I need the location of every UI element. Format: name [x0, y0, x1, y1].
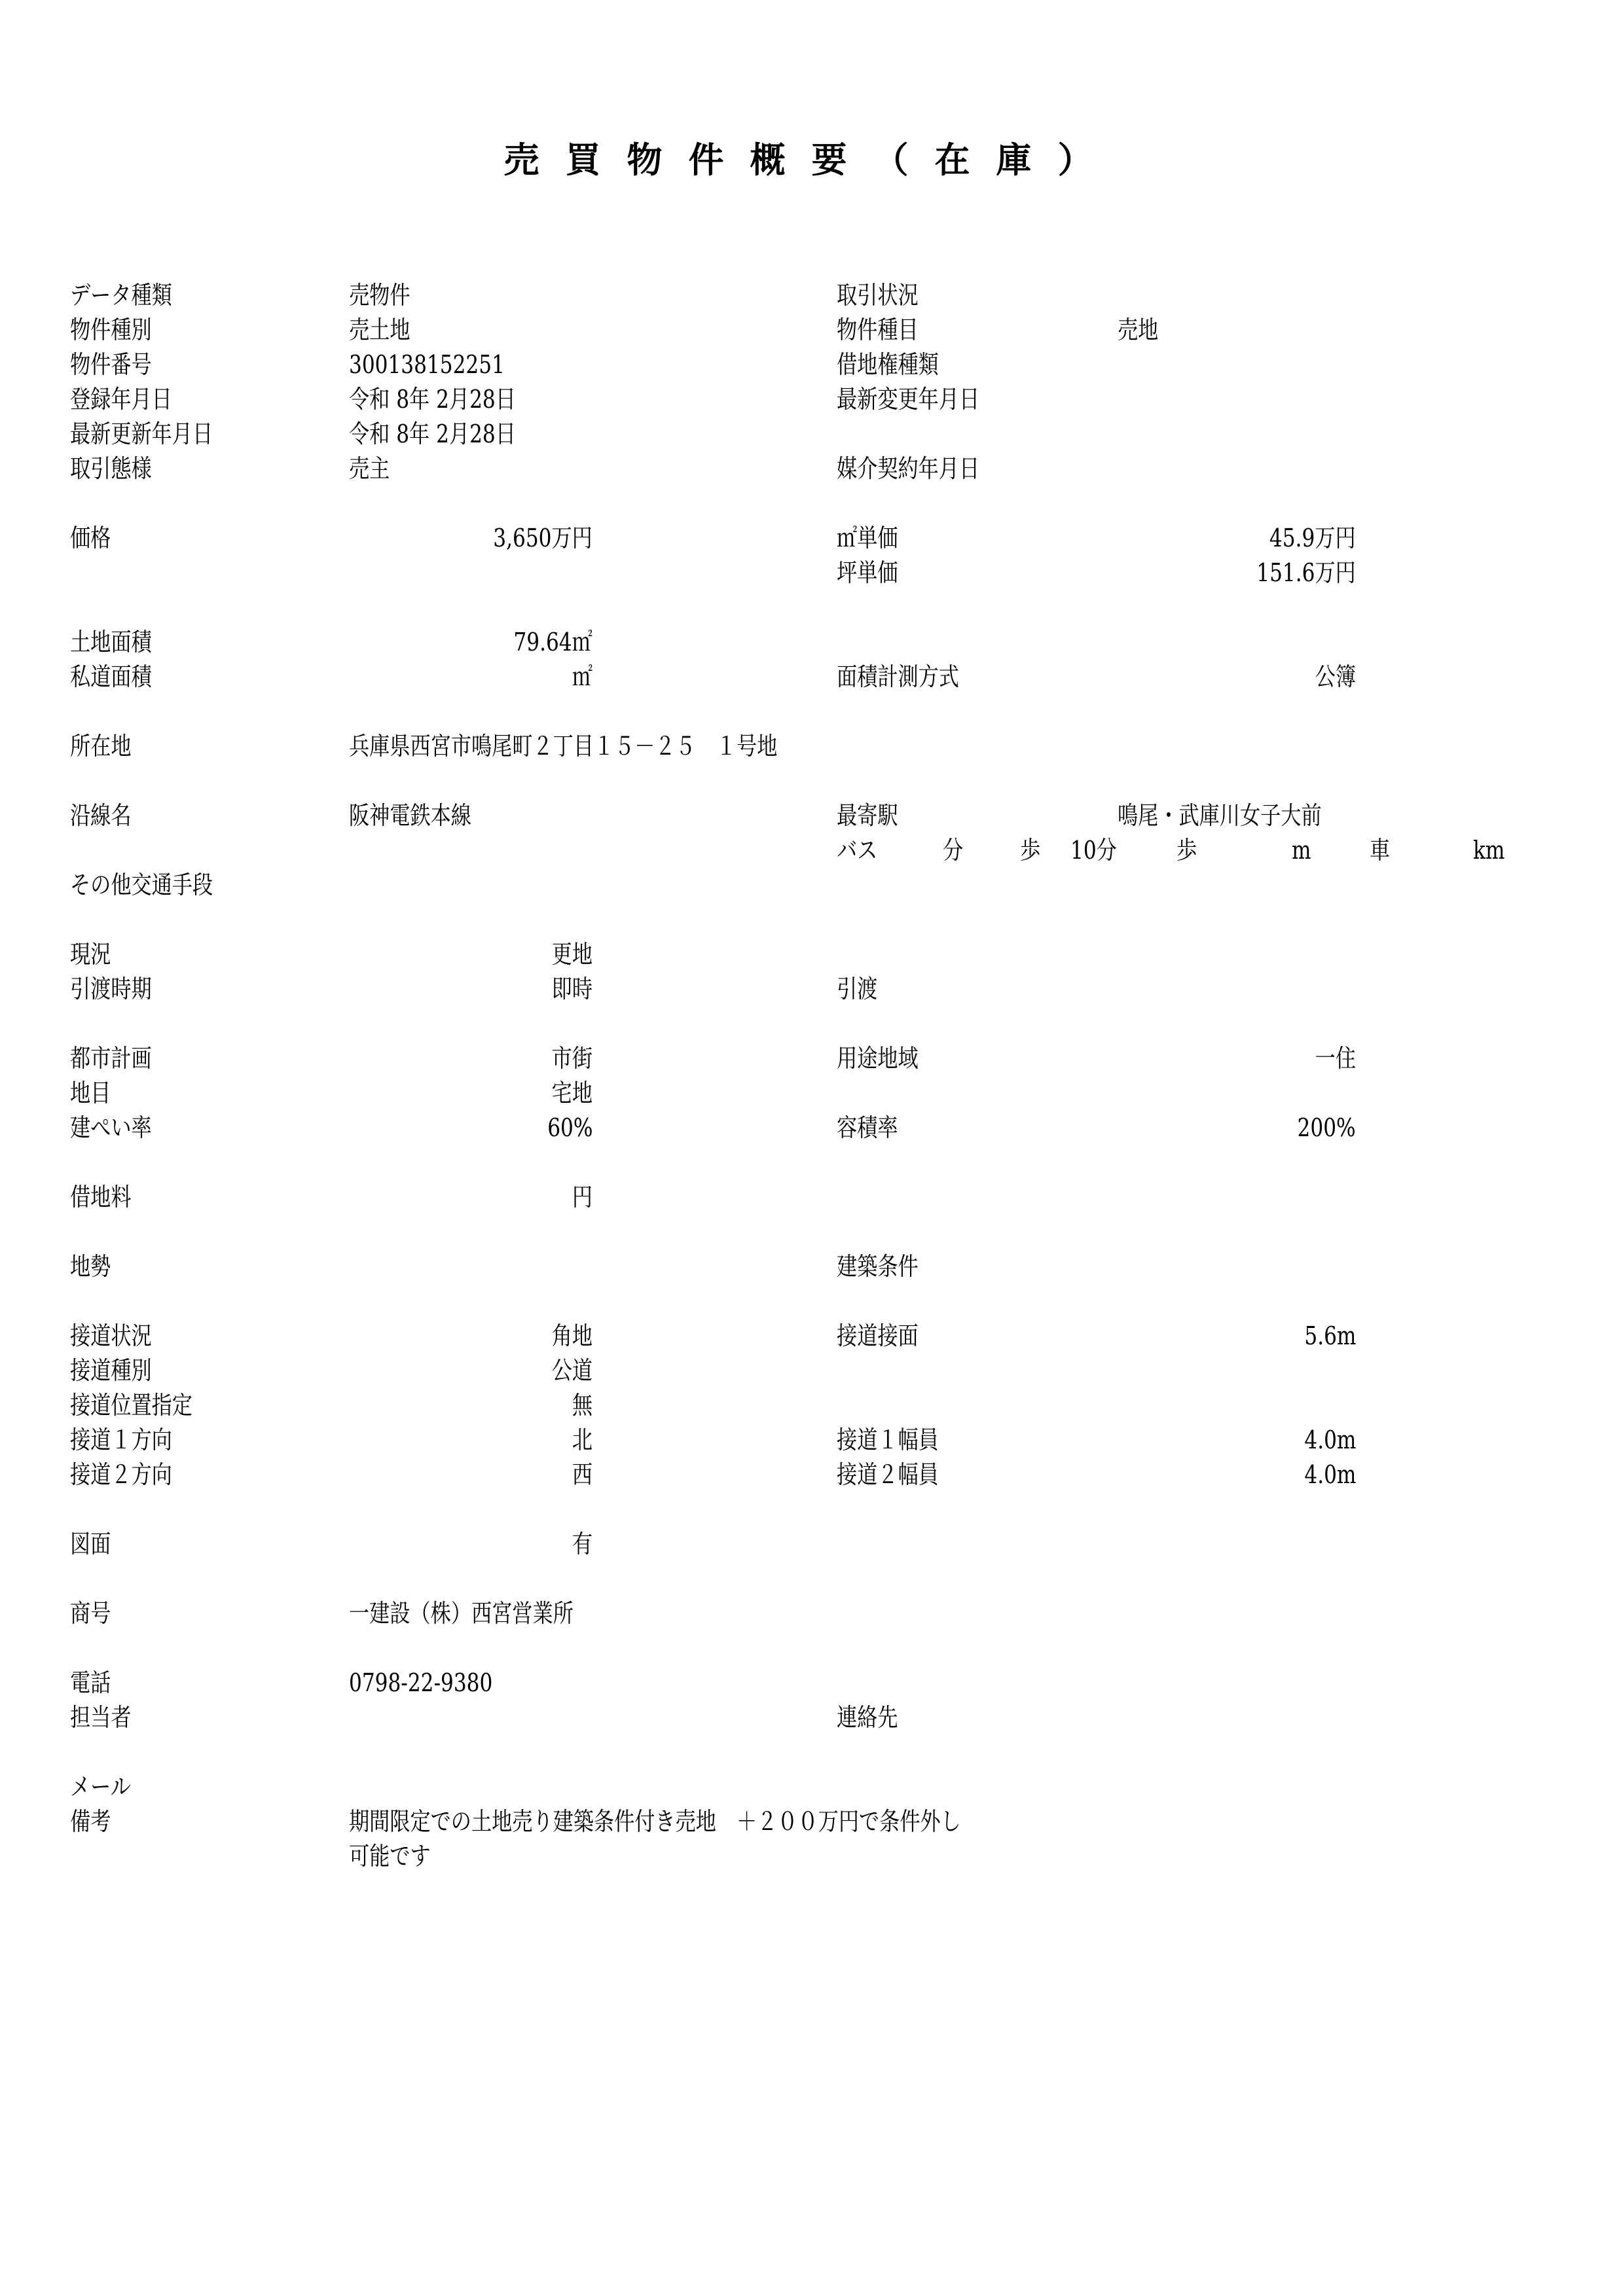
label-property-number: 物件番号 [70, 349, 152, 380]
value-trade-name: 一建設（株）西宮営業所 [349, 1598, 574, 1629]
value-land-area: 79.64㎡ [514, 626, 593, 658]
label-handover: 引渡 [837, 973, 877, 1005]
label-property-item: 物件種目 [837, 314, 919, 346]
label-other-transport: その他交通手段 [70, 869, 213, 901]
label-road2-direction: 接道２方向 [70, 1459, 172, 1490]
label-building-condition: 建築条件 [837, 1251, 919, 1282]
value-registered-date: 令和 8年 2月28日 [349, 384, 516, 415]
access-walk1: 歩 [1020, 834, 1040, 866]
label-transaction-mode: 取引態様 [70, 453, 152, 484]
value-phone: 0798-22-9380 [349, 1667, 492, 1698]
label-drawing: 図面 [70, 1528, 111, 1560]
value-price: 3,650万円 [493, 522, 593, 554]
value-drawing: 有 [572, 1528, 593, 1560]
value-handover-timing: 即時 [552, 973, 593, 1005]
label-road-type: 接道種別 [70, 1355, 152, 1386]
value-updated-date: 令和 8年 2月28日 [349, 418, 516, 450]
value-property-number: 300138152251 [349, 349, 505, 380]
label-person-in-charge: 担当者 [70, 1702, 131, 1733]
value-price-per-sqm: 45.9万円 [1269, 522, 1356, 554]
value-transaction-mode: 売主 [349, 453, 390, 484]
access-m: m [1292, 834, 1311, 866]
access-car: 車 [1370, 834, 1390, 866]
value-location: 兵庫県西宮市鳴尾町２丁目１５－２５ １号地 [349, 730, 777, 762]
label-city-planning: 都市計画 [70, 1043, 152, 1074]
label-price-per-sqm: ㎡単価 [837, 522, 898, 554]
value-land-rent: 円 [572, 1181, 593, 1213]
label-data-type: データ種類 [70, 279, 172, 311]
value-road2-direction: 西 [572, 1459, 593, 1490]
label-road-frontage: 接道接面 [837, 1320, 919, 1352]
value-road1-direction: 北 [572, 1424, 593, 1456]
label-land-area: 土地面積 [70, 626, 152, 658]
label-transaction-status: 取引状況 [837, 279, 919, 311]
value-road-frontage: 5.6m [1304, 1320, 1356, 1352]
label-email: メール [70, 1771, 131, 1803]
label-brokerage-contract-date: 媒介契約年月日 [837, 453, 979, 484]
label-coverage-ratio: 建ぺい率 [70, 1112, 152, 1143]
label-registered-date: 登録年月日 [70, 384, 172, 415]
label-remarks: 備考 [70, 1806, 111, 1837]
value-current-status: 更地 [552, 939, 593, 970]
value-private-road-area: ㎡ [572, 661, 593, 692]
value-city-planning: 市街 [552, 1043, 593, 1074]
value-road1-width: 4.0m [1304, 1424, 1356, 1456]
label-road-position-designation: 接道位置指定 [70, 1390, 192, 1421]
label-phone: 電話 [70, 1667, 111, 1698]
value-road-position-designation: 無 [572, 1390, 593, 1421]
label-current-status: 現況 [70, 939, 111, 970]
label-road-access: 接道状況 [70, 1320, 152, 1352]
value-remarks-line2: 可能です [349, 1840, 431, 1872]
access-bus-min: 分 [943, 834, 963, 866]
label-land-rent: 借地料 [70, 1181, 131, 1213]
value-nearest-station: 鳴尾・武庫川女子大前 [1118, 800, 1322, 831]
label-updated-date: 最新更新年月日 [70, 418, 213, 450]
label-handover-timing: 引渡時期 [70, 973, 152, 1005]
label-floor-area-ratio: 容積率 [837, 1112, 898, 1143]
value-road-access: 角地 [552, 1320, 593, 1352]
label-road1-width: 接道１幅員 [837, 1424, 939, 1456]
label-location: 所在地 [70, 730, 131, 762]
value-zoning: 一住 [1315, 1043, 1356, 1074]
label-last-changed-date: 最新変更年月日 [837, 384, 979, 415]
value-road-type: 公道 [552, 1355, 593, 1386]
value-data-type: 売物件 [349, 279, 410, 311]
access-bus: バス [837, 834, 877, 866]
label-price-per-tsubo: 坪単価 [837, 557, 898, 588]
label-road2-width: 接道２幅員 [837, 1459, 939, 1490]
value-price-per-tsubo: 151.6万円 [1256, 557, 1356, 588]
page-title: 売買物件概要（在庫） [0, 134, 1623, 187]
value-remarks-line1: 期間限定での土地売り建築条件付き売地 ＋２００万円で条件外し [349, 1806, 961, 1837]
label-contact: 連絡先 [837, 1702, 898, 1733]
label-trade-name: 商号 [70, 1598, 111, 1629]
label-land-category: 地目 [70, 1077, 111, 1109]
label-price: 価格 [70, 522, 111, 554]
value-property-type: 売土地 [349, 314, 410, 346]
value-property-item: 売地 [1118, 314, 1158, 346]
access-km: km [1473, 834, 1504, 866]
label-property-type: 物件種別 [70, 314, 152, 346]
label-nearest-station: 最寄駅 [837, 800, 898, 831]
label-zoning: 用途地域 [837, 1043, 919, 1074]
value-coverage-ratio: 60% [547, 1112, 593, 1143]
value-road2-width: 4.0m [1304, 1459, 1356, 1490]
value-area-measurement: 公簿 [1315, 661, 1356, 692]
label-area-measurement: 面積計測方式 [837, 661, 959, 692]
label-road1-direction: 接道１方向 [70, 1424, 172, 1456]
label-line-name: 沿線名 [70, 800, 131, 831]
value-floor-area-ratio: 200% [1298, 1112, 1356, 1143]
label-private-road-area: 私道面積 [70, 661, 152, 692]
label-leasehold-type: 借地権種類 [837, 349, 939, 380]
value-land-category: 宅地 [552, 1077, 593, 1109]
access-walk-min: 10分 [1070, 834, 1117, 866]
value-line-name: 阪神電鉄本線 [349, 800, 471, 831]
access-walk2: 歩 [1176, 834, 1197, 866]
label-terrain: 地勢 [70, 1251, 111, 1282]
